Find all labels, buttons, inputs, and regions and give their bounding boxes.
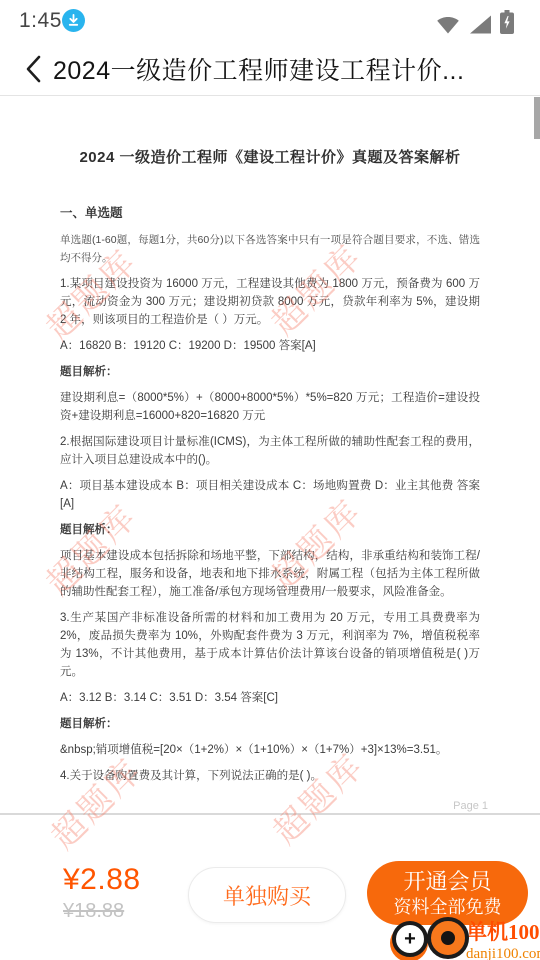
doc-title: 2024 一级造价工程师《建设工程计价》真题及答案解析 xyxy=(60,146,480,167)
site-domain: danji100.com xyxy=(466,946,540,960)
original-price: ¥18.88 xyxy=(63,900,124,923)
back-button[interactable] xyxy=(24,54,44,84)
logo-dot-circle xyxy=(427,917,469,959)
cellular-signal-icon xyxy=(468,15,492,34)
current-price: ¥2.88 xyxy=(63,863,141,897)
danji100-logo-icon: + xyxy=(390,916,468,960)
doc-question-4: 4.关于设备购置费及其计算，下列说法正确的是( )。 xyxy=(60,767,480,785)
vip-button-subtitle: 资料全部免费 xyxy=(394,896,502,919)
doc-question-3: 3.生产某国产非标准设备所需的材料和加工费用为 20 万元，专用工具费费率为 2… xyxy=(60,609,480,681)
doc-analysis-label-2: 题目解析： xyxy=(60,521,480,539)
page-number-label: Page 1 xyxy=(453,800,488,812)
doc-question-2: 2.根据国际建设项目计量标准(ICMS)，为主体工程所做的辅助性配套工程的费用，… xyxy=(60,433,480,469)
logo-plus-circle: + xyxy=(392,921,428,957)
pdf-page-1: 2024 一级造价工程师《建设工程计价》真题及答案解析 一、单选题 单选题(1-… xyxy=(0,96,540,855)
arrow-down-to-line-glyph xyxy=(66,13,81,28)
wifi-icon xyxy=(436,15,460,34)
app-screen: 1:45 2024一级造价工程师建设工程计价. xyxy=(0,0,540,960)
doc-analysis-label-1: 题目解析： xyxy=(60,363,480,381)
doc-section-heading: 一、单选题 xyxy=(60,203,480,221)
doc-analysis-3: &nbsp;销项增值税=[20×（1+2%）×（1+10%）×（1+7%）+3]… xyxy=(60,741,480,759)
scrollbar-thumb[interactable] xyxy=(534,97,540,139)
doc-analysis-2: 项目基本建设成本包括拆除和场地平整，下部结构，结构，非承重结构和装饰工程/非结构… xyxy=(60,547,480,601)
battery-charging-icon xyxy=(500,10,514,34)
page-title: 2024一级造价工程师建设工程计价... xyxy=(53,51,464,87)
site-text: 单机100网 danji100.com xyxy=(466,916,540,960)
document-viewer[interactable]: 2024 一级造价工程师《建设工程计价》真题及答案解析 一、单选题 单选题(1-… xyxy=(0,96,540,855)
doc-question-1: 1.某项目建设投资为 16000 万元，工程建设其他费为 1800 万元，预备费… xyxy=(60,275,480,329)
site-watermark: + 单机100网 danji100.com xyxy=(390,916,538,960)
doc-options-3: A：3.12 B：3.14 C：3.51 D：3.54 答案[C] xyxy=(60,689,480,707)
doc-options-2: A：项目基本建设成本 B：项目相关建设成本 C：场地购置费 D：业主其他费 答案… xyxy=(60,477,480,513)
status-bar: 1:45 xyxy=(0,0,540,42)
doc-options-1: A：16820 B：19120 C：19200 D：19500 答案[A] xyxy=(60,337,480,355)
clock-time: 1:45 xyxy=(19,9,62,33)
plus-glyph: + xyxy=(404,928,416,951)
site-name: 单机100网 xyxy=(466,916,540,946)
logo-center-dot xyxy=(441,931,455,945)
doc-analysis-label-3: 题目解析： xyxy=(60,715,480,733)
download-icon xyxy=(62,9,85,32)
buy-single-button[interactable]: 单独购买 xyxy=(188,867,346,923)
title-bar: 2024一级造价工程师建设工程计价... xyxy=(0,42,540,96)
doc-intro: 单选题(1-60题，每题1分，共60分)以下各选答案中只有一项是符合题目要求，不… xyxy=(60,231,480,267)
doc-analysis-1: 建设期利息=（8000*5%）+（8000+8000*5%）*5%=820 万元… xyxy=(60,389,480,425)
status-icons xyxy=(436,10,514,34)
chevron-left-icon xyxy=(24,54,44,84)
vip-button-title: 开通会员 xyxy=(403,868,491,896)
page-number: Page 1 xyxy=(0,800,540,815)
